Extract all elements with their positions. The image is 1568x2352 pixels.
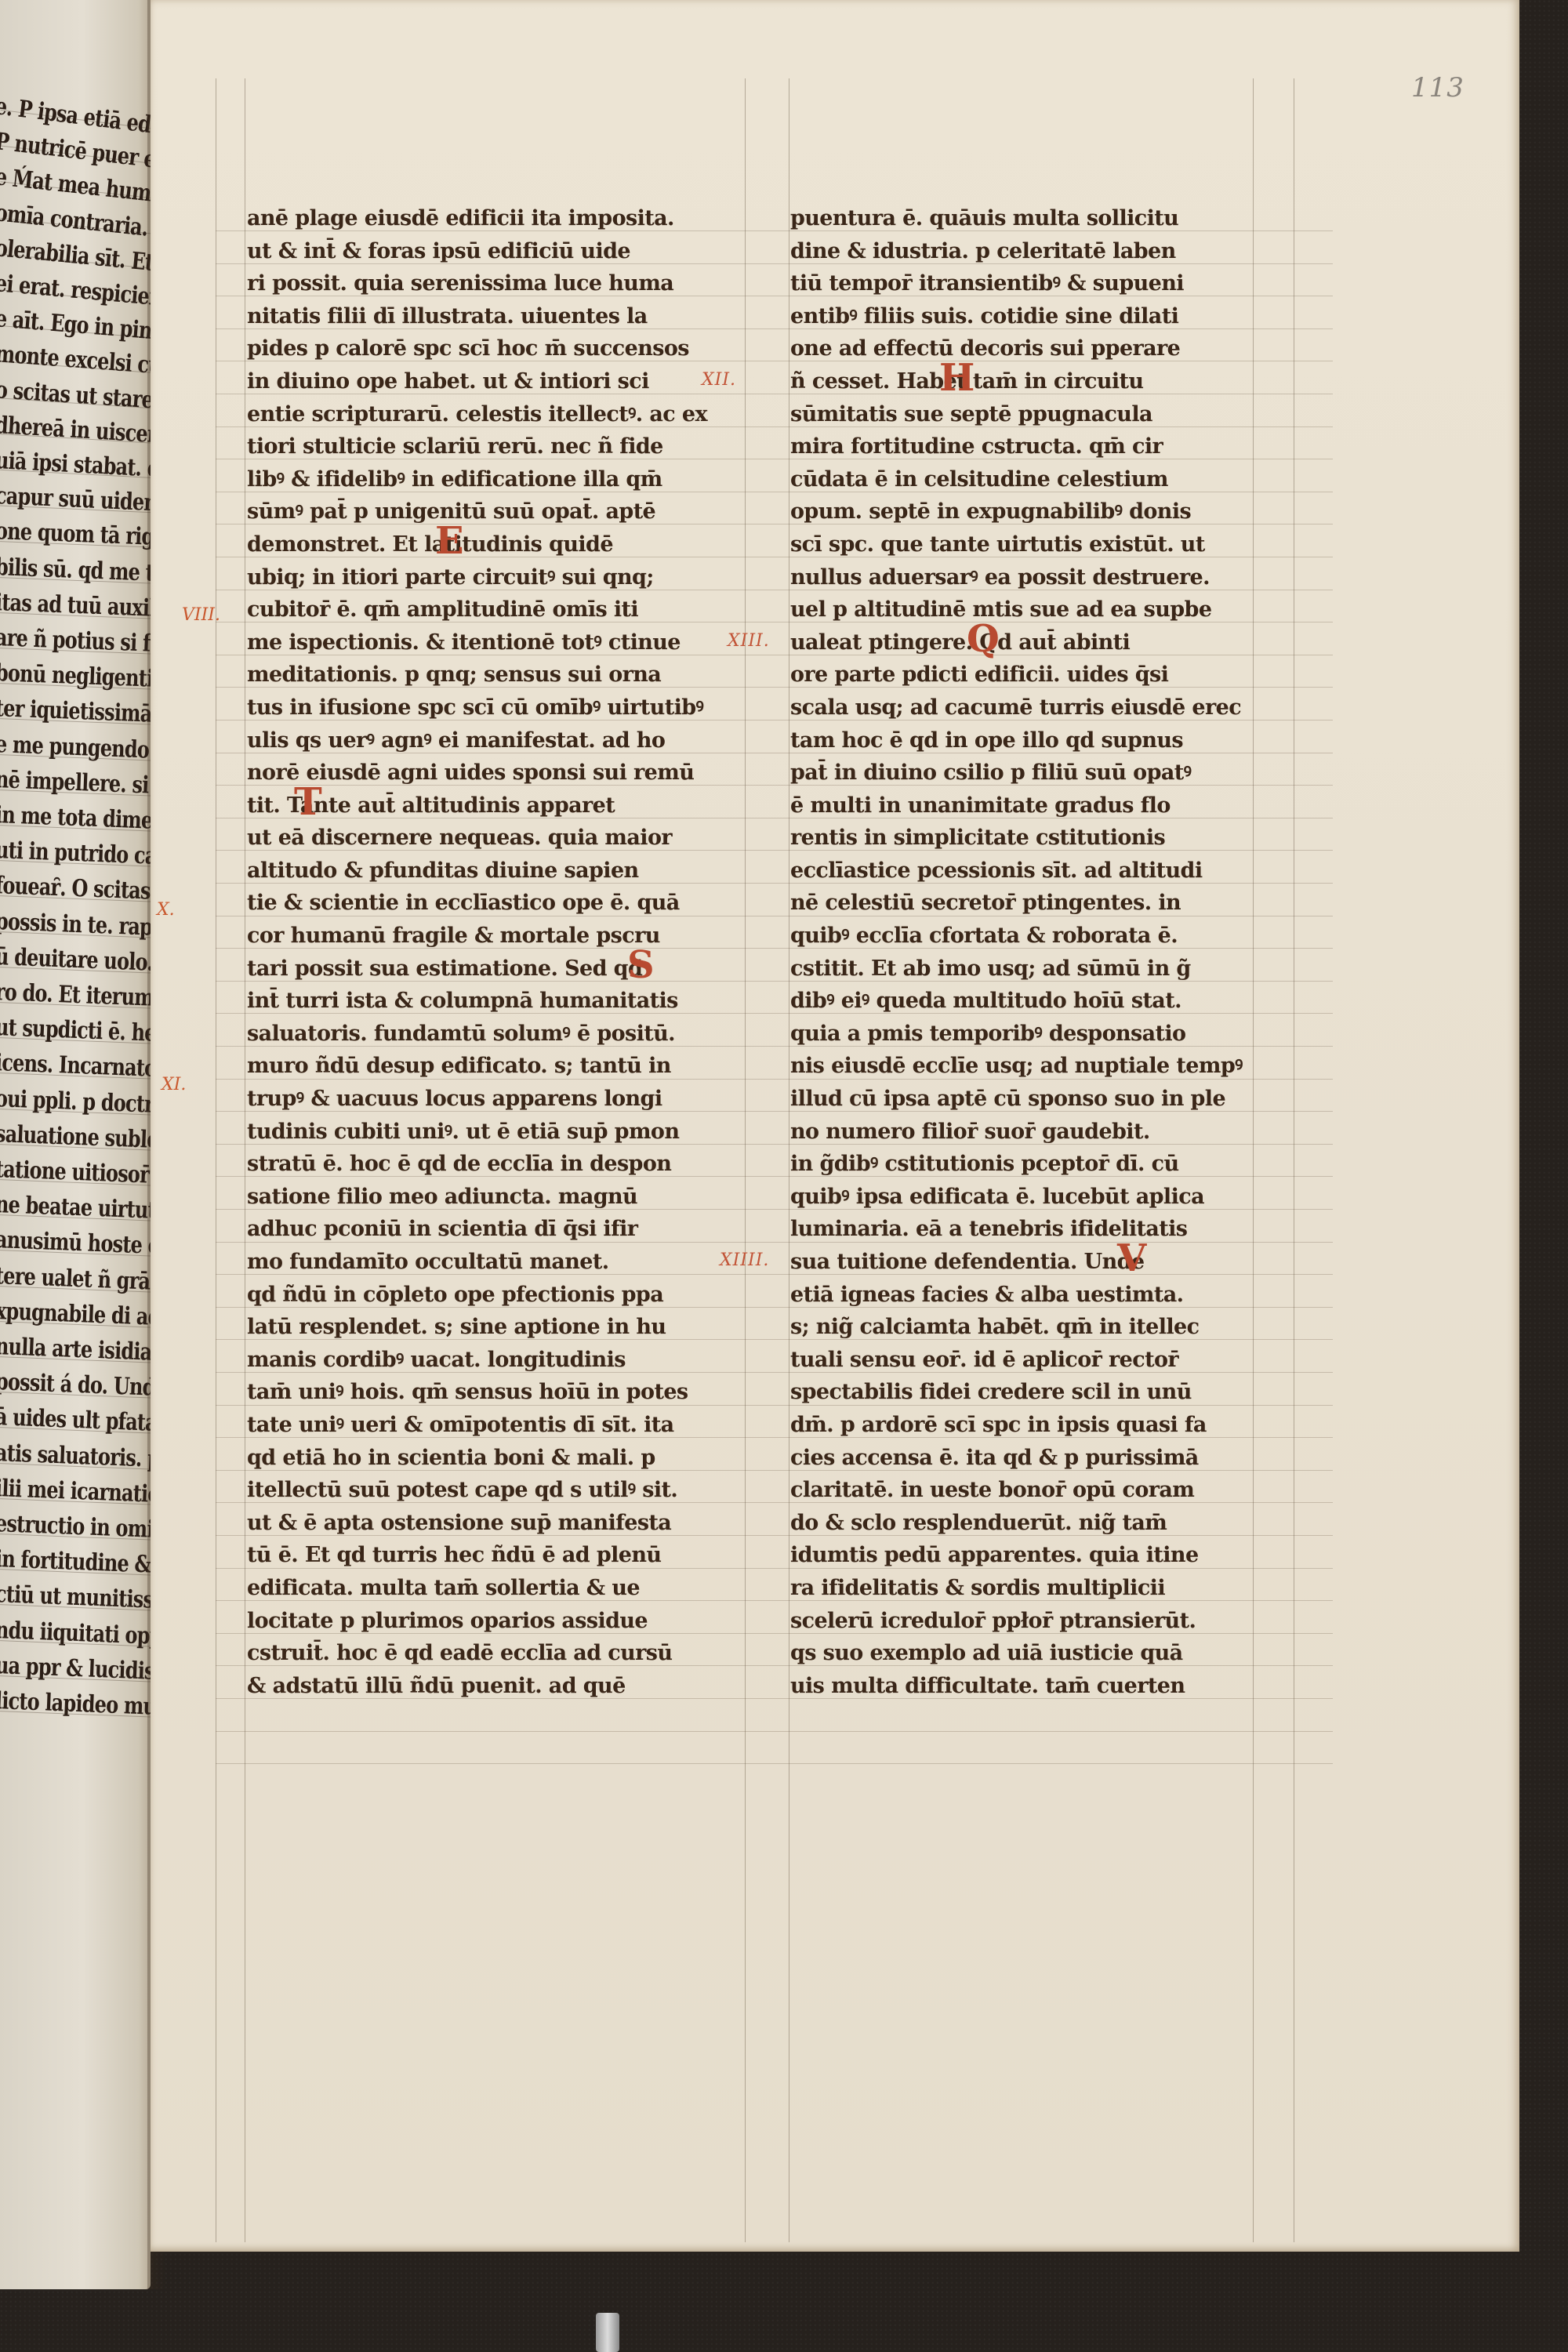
text-line: meditationis. p qnq; sensus sui orna [247, 659, 741, 691]
text-line: adhuc pconiū in scientia dī q̄si ifir [247, 1213, 741, 1246]
column-b: puentura ē. quāuis multa sollicitudine &… [790, 202, 1245, 1702]
vertical-ruling-line [789, 78, 789, 2242]
text-line: ut eā discernere nequeas. quia maior [247, 822, 741, 855]
text-line: entie scripturarū. celestis itellectꝰ. a… [247, 398, 741, 431]
text-line: cūdata ē in celsitudine celestium [790, 463, 1245, 496]
text-line: latū resplendet. s; sine aptione in hu [247, 1311, 741, 1344]
text-line: me ispectionis. & itentionē totꝰ ctinue [247, 626, 741, 659]
text-line: libꝰ & ifidelibꝰ in edificatione illa qm… [247, 463, 741, 496]
text-line: uel p altitudinē mtis sue ad ea supbe [790, 593, 1245, 626]
text-line: ulis qs uerꝰ agnꝰ ei manifestat. ad ho [247, 724, 741, 757]
text-line: tiori stulticie sclariū rerū. nec ñ fide [247, 430, 741, 463]
text-line: scala usq; ad cacumē turris eiusdē erec [790, 691, 1245, 724]
horizontal-ruling-line [216, 1763, 1333, 1764]
text-line: anē plage eiusdē edificii ita imposita. [247, 202, 741, 235]
text-line: tie & scientie in ecclīastico ope ē. quā [247, 887, 741, 920]
text-line: ri possit. quia serenissima luce huma [247, 267, 741, 300]
text-line: trupꝰ & uacuus locus apparens longi [247, 1083, 741, 1116]
left-page-text-line: bilis sū. qd me tā uix [0, 554, 151, 589]
left-page-text-line: tere ualet ñ grā di a [0, 1262, 151, 1298]
vertical-ruling-line [245, 78, 245, 2242]
left-page-text-line: ua ppr & lucidissim [0, 1652, 151, 1687]
left-page-text-line: ndu iiquitati opposita [0, 1617, 151, 1652]
text-line: int̄ turri ista & columpnā humanitatis [247, 985, 741, 1018]
margin-rubric: XII. [702, 370, 736, 390]
text-line: qs suo exemplo ad uiā iusticie quā [790, 1637, 1245, 1670]
left-page-text-line: saluatione subleua [0, 1120, 151, 1155]
text-line: nitatis filii dī illustrata. uiuentes la [247, 300, 741, 333]
text-line: locitate p plurimos oparios assidue [247, 1605, 741, 1638]
left-margin-rubric: XI. [162, 1075, 186, 1094]
rubricated-initial: Q [967, 617, 1000, 661]
text-line: scī spc. que tante uirtutis existūt. ut [790, 528, 1245, 561]
text-line: cstitit. Et ab imo usq; ad sūmū in g̃ [790, 953, 1245, 985]
left-page-text-line: dhereā in uisceribus [0, 412, 151, 451]
text-line: sūmꝰ pat̄ p unigenitū suū opat̄. aptē [247, 495, 741, 528]
vertical-ruling-line [216, 78, 216, 2242]
text-line: manis cordibꝰ uacat. longitudinis [247, 1344, 741, 1377]
left-page-text-line: ctiū ut munitissima [0, 1581, 151, 1616]
left-page-text-line: ut supdicti ē. hec [0, 1014, 151, 1047]
text-line: cor humanū fragile & mortale pscru [247, 920, 741, 953]
text-line: edificata. multa tam̄ sollertia & ue [247, 1572, 741, 1605]
left-page-text-line: nulla arte isidias [0, 1333, 151, 1367]
text-line: demonstret. Et latitudinis quidē [247, 528, 741, 561]
left-page-text-line: one quom tā rigida [0, 517, 151, 552]
left-page-text-line: in fortitudine & alti [0, 1545, 151, 1580]
vertical-ruling-line [1294, 78, 1294, 2242]
text-line: cubitor̄ ē. qm̄ amplitudinē omīs iti [247, 593, 741, 626]
text-line: nē celestiū secretor̄ ptingentes. in [790, 887, 1245, 920]
left-page-text-line: are ñ potius si fugero [0, 624, 151, 659]
column-a: anē plage eiusdē edificii ita imposita.u… [247, 202, 741, 1702]
text-line: quia a pmis temporibꝰ desponsatio [790, 1018, 1245, 1051]
left-page-text-line: monte excelsi culmin [0, 340, 151, 383]
text-line: ē multi in unanimitate gradus flo [790, 789, 1245, 822]
text-line: do & sclo resplenduerūt. nig̃ tam̄ [790, 1507, 1245, 1540]
text-line: ore parte pdicti edificii. uides q̄si [790, 659, 1245, 691]
bookmark-ribbon [596, 2313, 619, 2352]
left-page-text-line: icens. Incarnato [0, 1049, 151, 1083]
text-line: ubiq; in itiori parte circuitꝰ sui qnq; [247, 561, 741, 594]
text-line: & adstatū illū ñdū puenit. ad quē [247, 1670, 741, 1703]
text-line: tus in ifusione spc scī cū omībꝰ uirtuti… [247, 691, 741, 724]
text-line: scelerū icredulor̄ ppłor̄ ptransierūt. [790, 1605, 1245, 1638]
text-line: etiā igneas facies & alba uestimta. [790, 1279, 1245, 1312]
text-line: idumtis pedū apparentes. quia itine [790, 1539, 1245, 1572]
left-page-text-line: ro do. Et iterum qui [0, 978, 151, 1014]
rubricated-initial: T [294, 780, 322, 824]
text-line: qd etiā ho in scientia boni & mali. p [247, 1442, 741, 1475]
text-line: dibꝰ eiꝰ queda multitudo hoīū stat. [790, 985, 1245, 1018]
text-line: no numero filior̄ suor̄ gaudebit. [790, 1116, 1245, 1149]
text-line: sua tuitione defendentia. Unde [790, 1246, 1245, 1279]
text-line: claritatē. in ueste bonor̄ opū coram [790, 1474, 1245, 1507]
text-line: dm̄. p ardorē scī spc in ipsis quasi fa [790, 1409, 1245, 1442]
text-line: nis eiusdē ecclīe usq; ad nuptiale tempꝰ [790, 1050, 1245, 1083]
text-line: rentis in simplicitate cstitutionis [790, 822, 1245, 855]
text-line: tū ē. Et qd turris hec ñdū ē ad plenū [247, 1539, 741, 1572]
rubricated-initial: H [939, 356, 975, 400]
rubricated-initial: S [627, 943, 655, 987]
text-line: ut & int̄ & foras ipsū edificiū uide [247, 235, 741, 268]
text-line: quibꝰ ecclīa cfortata & roborata ē. [790, 920, 1245, 953]
left-page-text-line: ter iquietissimā spin [0, 695, 151, 730]
rubricated-initial: V [1117, 1236, 1146, 1280]
left-margin-rubric: X. [157, 900, 175, 920]
left-page-text-line: itas ad tuū auxiliū [0, 589, 151, 623]
left-page-text-line: possit á do. Unde [0, 1368, 151, 1402]
left-page-text-line: bonū negligenti. quia [0, 659, 151, 695]
text-line: luminaria. eā a tenebris ifidelitatis [790, 1213, 1245, 1246]
left-page-text-line: ne beatae uirtuti mu [0, 1191, 151, 1226]
left-page: e. P ipsa etiā educataP nutricē puer enu… [0, 0, 151, 2289]
left-page-text-line: ā uides ult pfata [0, 1403, 151, 1437]
text-line: mo fundamīto occultatū manet. [247, 1246, 741, 1279]
left-page-text-line: in me tota dimergar [0, 801, 151, 837]
left-page-text-line: ū deuitare uolo. ei [0, 943, 151, 978]
text-line: saluatoris. fundamtū solumꝰ ē positū. [247, 1018, 741, 1051]
text-line: dine & idustria. p celeritatē laben [790, 235, 1245, 268]
text-line: altitudo & pfunditas diuine sapien [247, 855, 741, 887]
left-page-text-line: ilii mei icarnatione [0, 1475, 151, 1509]
text-line: ut & ē apta ostensione sup̄ manifesta [247, 1507, 741, 1540]
vertical-ruling-line [745, 78, 746, 2242]
left-page-text-line: atis saluatoris. pfigu [0, 1439, 151, 1475]
text-line: s; nig̃ calciamta habēt. qm̄ in itellec [790, 1311, 1245, 1344]
left-page-text-line: uti in putrido cadau [0, 837, 151, 872]
left-page-text-line: oui ppli. p doctrinā [0, 1085, 151, 1120]
margin-rubric: XIII. [728, 631, 770, 651]
text-line: ecclīastice pcessionis sīt. ad altitudi [790, 855, 1245, 887]
text-line: in g̃dibꝰ cstitutionis pceptor̄ dī. cū [790, 1148, 1245, 1181]
left-page-text-line: capur suū uidens [0, 482, 151, 517]
text-line: tudinis cubiti uniꝰ. ut ē etiā sup̄ pmon [247, 1116, 741, 1149]
text-line: satione filio meo adiuncta. magnū [247, 1181, 741, 1214]
text-line: one ad effectū decoris sui pperare [790, 332, 1245, 365]
left-page-text-line: o scitas ut stare possi [0, 376, 151, 418]
left-margin-rubric: VIII. [182, 605, 220, 625]
text-line: spectabilis fidei credere scil in unū [790, 1376, 1245, 1409]
text-line: cies accensa ē. ita qd & p purissimā [790, 1442, 1245, 1475]
left-page-text-line: e me pungendo con [0, 731, 151, 766]
text-line: nullus aduersarꝰ ea possit destruere. [790, 561, 1245, 594]
right-page: 113 anē plage eiusdē edificii ita imposi… [151, 0, 1519, 2252]
left-page-text-line: xpugnabile di adiuto [0, 1298, 151, 1333]
left-page-text-line: foueaȓ. O scitas. ut lib [0, 872, 151, 908]
rubricated-initial: E [435, 519, 464, 563]
text-line: pides p calorē spc scī hoc m̄ succensos [247, 332, 741, 365]
text-line: illud cū ipsa aptē cū sponso suo in ple [790, 1083, 1245, 1116]
text-line: puentura ē. quāuis multa sollicitu [790, 202, 1245, 235]
text-line: tiū tempor̄ itransientibꝰ & supueni [790, 267, 1245, 300]
left-page-text-line: licto lapideo muro [0, 1687, 151, 1722]
text-line: pat̄ in diuino csilio p filiū suū opatꝰ [790, 757, 1245, 789]
vertical-ruling-line [1253, 78, 1254, 2242]
text-line: itellectū suū potest cape qd s utilꝰ sit… [247, 1474, 741, 1507]
text-line: sūmitatis sue septē ppugnacula [790, 398, 1245, 431]
horizontal-ruling-line [216, 1731, 1333, 1732]
text-line: tate uniꝰ ueri & omīpotentis dī sīt. ita [247, 1409, 741, 1442]
text-line: mira fortitudine cstructa. qm̄ cir [790, 430, 1245, 463]
text-line: quibꝰ ipsa edificata ē. lucebūt aplica [790, 1181, 1245, 1214]
text-line: cstruit̄. hoc ē qd eadē ecclīa ad cursū [247, 1637, 741, 1670]
left-page-text-line: possis in te. rapacissim [0, 908, 151, 944]
left-page-text-line: tatione uitiosor̄ hom [0, 1156, 151, 1191]
text-line: entibꝰ filiis suis. cotidie sine dilati [790, 300, 1245, 333]
text-line: opum. septē in expugnabilibꝰ donis [790, 495, 1245, 528]
text-line: tuali sensu eor̄. id ē aplicor̄ rector̄ [790, 1344, 1245, 1377]
left-page-text-line: estructio in omi bon [0, 1510, 151, 1545]
text-line: ra ifidelitatis & sordis multiplicii [790, 1572, 1245, 1605]
left-page-text-line: uiā ipsi stabat. etiā ad [0, 447, 151, 486]
text-line: uis multa difficultate. tam̄ cuerten [790, 1670, 1245, 1703]
text-line: muro ñdū desup edificato. s; tantū in [247, 1050, 741, 1083]
text-line: in diuino ope habet. ut & intiori sci [247, 365, 741, 398]
text-line: ualeat ptingere. Qd aut̄ abinti [790, 626, 1245, 659]
left-page-text-line: nē impellere. si eā ñ e [0, 766, 151, 802]
text-line: tam hoc ē qd in ope illo qd supnus [790, 724, 1245, 757]
text-line: tam̄ uniꝰ hois. qm̄ sensus hoīū in potes [247, 1376, 741, 1409]
text-line: ñ cesset. Habet tam̄ in circuitu [790, 365, 1245, 398]
left-page-text-line: anusimū hoste cui [0, 1226, 151, 1261]
folio-number: 113 [1411, 72, 1465, 103]
text-line: tari possit sua estimatione. Sed qd [247, 953, 741, 985]
margin-rubric: XIIII. [720, 1250, 769, 1270]
text-line: stratū ē. hoc ē qd de ecclīa in despon [247, 1148, 741, 1181]
text-line: qd ñdū in cōpleto ope pfectionis ppa [247, 1279, 741, 1312]
